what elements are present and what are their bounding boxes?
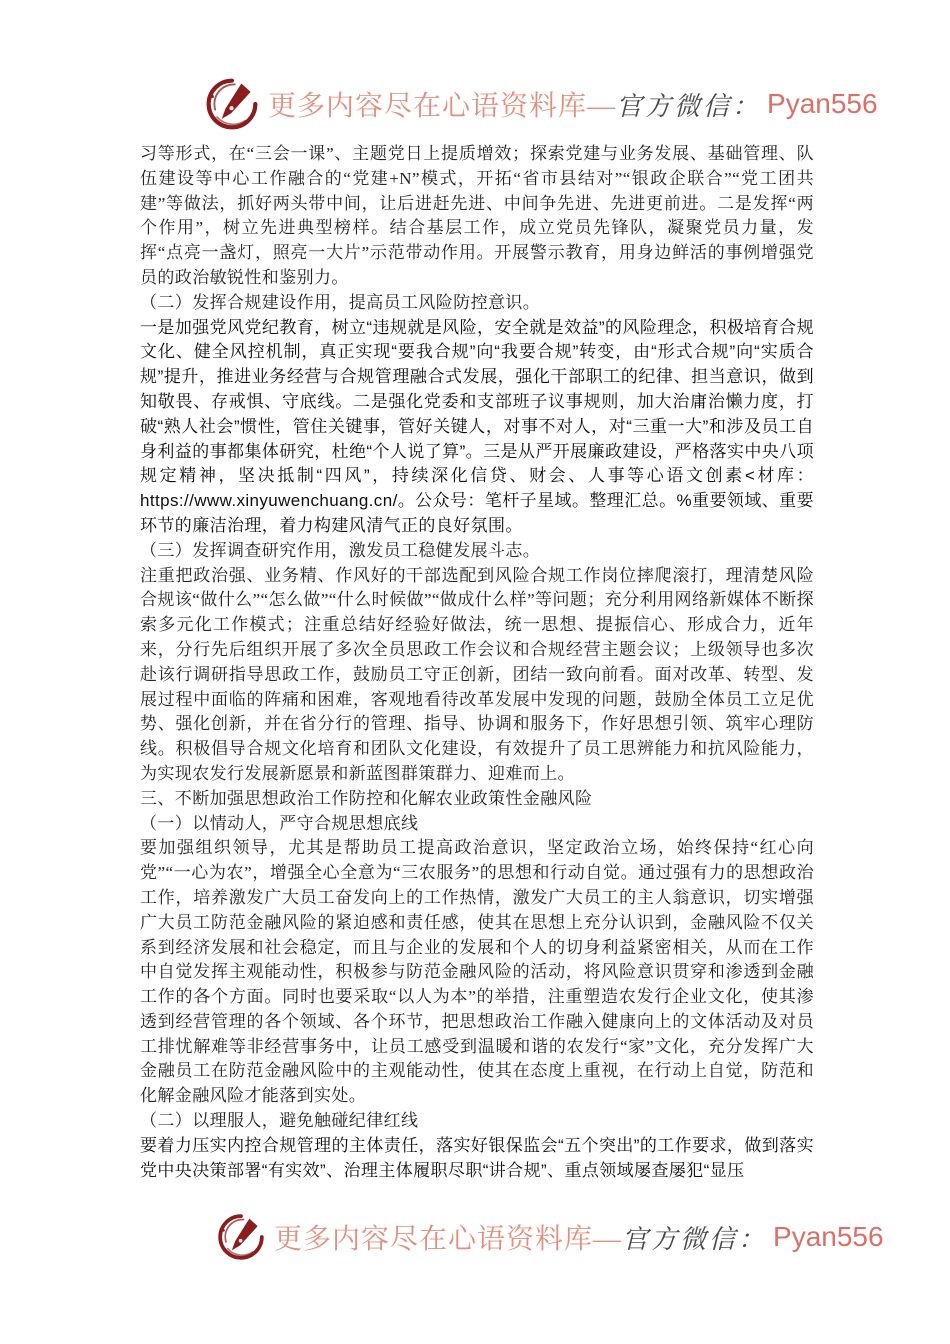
pen-circle-logo-icon	[216, 1212, 266, 1262]
pen-nib-shape	[222, 83, 251, 118]
watermark-text: 更多内容尽在心语资料库—	[268, 84, 616, 124]
watermark-footer: 更多内容尽在心语资料库—官方微信：Pyan556	[216, 1212, 884, 1262]
heading-chapter-3: 三、不断加强思想政治工作防控和化解农业政策性金融风险	[140, 787, 814, 812]
paragraph-discipline: 要着力压实内控合规管理的主体责任，落实好银保监会“五个突出”的工作要求，做到落实…	[140, 1134, 814, 1184]
paragraph-continuation: 习等形式，在“三会一课”、主题党日上提质增效；探索党建与业务发展、基础管理、队伍…	[140, 142, 814, 291]
document-body: 习等形式，在“三会一课”、主题党日上提质增效；探索党建与业务发展、基础管理、队伍…	[140, 142, 814, 1183]
heading-section-2: （二）发挥合规建设作用，提高员工风险防控意识。	[140, 291, 814, 316]
paragraph-emotion: 要加强组织领导，尤其是帮助员工提高政治意识，坚定政治立场，始终保持“红心向党”“…	[140, 836, 814, 1109]
wechat-label: 官方微信：	[622, 1219, 767, 1256]
pen-nib-shape	[232, 1219, 258, 1251]
document-page: 更多内容尽在心语资料库—官方微信：Pyan556 习等形式，在“三会一课”、主题…	[0, 0, 950, 1344]
heading-3-2: （二）以理服人，避免触碰纪律红线	[140, 1109, 814, 1134]
paragraph-compliance: 一是加强党风党纪教育，树立“违规就是风险，安全就是效益”的风险理念，积极培育合规…	[140, 316, 814, 539]
heading-3-1: （一）以情动人，严守合规思想底线	[140, 812, 814, 837]
heading-section-3: （三）发挥调查研究作用，激发员工稳健发展斗志。	[140, 539, 814, 564]
watermark-header: 更多内容尽在心语资料库—官方微信：Pyan556	[204, 76, 878, 132]
paragraph-research: 注重把政治强、业务精、作风好的干部选配到风险合规工作岗位摔爬滚打，理清楚风险合规…	[140, 564, 814, 787]
pen-circle-logo-icon	[204, 76, 260, 132]
watermark-text: 更多内容尽在心语资料库—	[274, 1217, 622, 1257]
wechat-account: Pyan556	[767, 88, 878, 120]
wechat-account: Pyan556	[773, 1221, 884, 1253]
wechat-label: 官方微信：	[616, 86, 761, 123]
